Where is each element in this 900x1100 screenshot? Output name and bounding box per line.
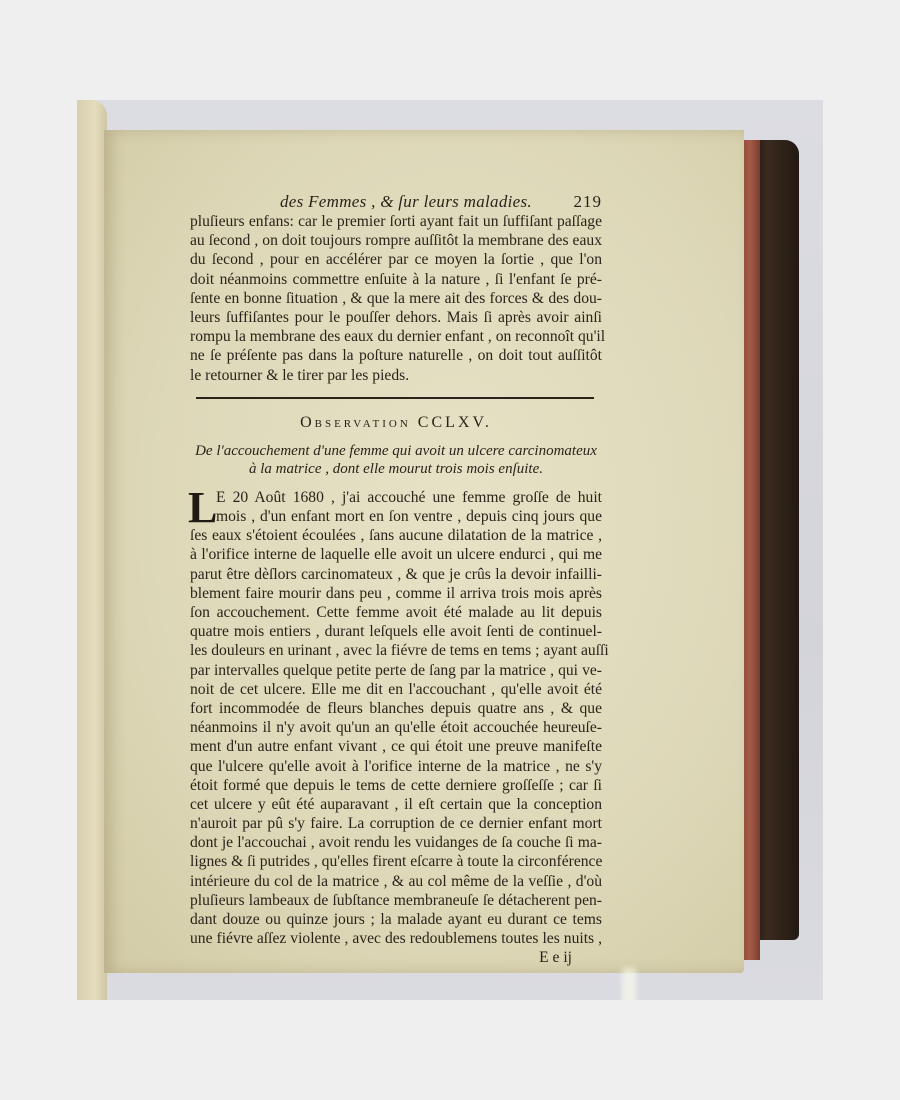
text-line: dant douze ou quinze jours ; la malade a…: [190, 910, 602, 929]
text-line: du ſecond , pour en accélérer par ce moy…: [190, 250, 602, 269]
page-number: 219: [574, 192, 603, 211]
text-line: ſon accouchement. Cette femme avoit été …: [190, 603, 602, 622]
text-line: noit de cet ulcere. Elle me dit en l'acc…: [190, 680, 602, 699]
text-line: leurs ſuffiſantes pour le pouſſer dehors…: [190, 308, 602, 327]
text-line: quatre mois entiers , durant leſquels el…: [190, 622, 602, 641]
text-line: mois , d'un enfant mort en ſon ventre , …: [190, 507, 602, 526]
subtitle-line: à la matrice , dont elle mourut trois mo…: [190, 460, 602, 478]
drop-cap: L: [188, 490, 217, 526]
text-line: cet ulcere y eût été auparavant , il eſt…: [190, 795, 602, 814]
running-head-title: des Femmes , & ſur leurs maladies.: [280, 192, 532, 211]
text-line: pluſieurs enfans: car le premier ſorti a…: [190, 212, 602, 231]
text-line: ment d'un autre enfant vivant , ce qui é…: [190, 737, 602, 756]
text-line: intérieure du col de la matrice , & au c…: [190, 872, 602, 891]
observation-subtitle: De l'accouchement d'une femme qui avoit …: [190, 442, 602, 478]
text-line: ſente en bonne ſituation , & que la mere…: [190, 289, 602, 308]
running-head: des Femmes , & ſur leurs maladies. 219: [190, 192, 602, 212]
section-rule: [196, 397, 594, 399]
continued-paragraph: pluſieurs enfans: car le premier ſorti a…: [190, 212, 602, 385]
text-line: n'auroit par pû s'y faire. La corruption…: [190, 814, 602, 833]
observation-title: Observation CCLXV.: [190, 413, 602, 432]
text-line: fort incommodée de fleurs blanches depui…: [190, 699, 602, 718]
signature-mark: E e ij: [190, 948, 602, 967]
text-line: lignes & ſi putrides , qu'elles firent e…: [190, 852, 602, 871]
text-line: au ſecond , on doit toujours rompre auſſ…: [190, 231, 602, 250]
text-line: dont je l'accouchai , avoit rendu les vu…: [190, 833, 602, 852]
page-text: des Femmes , & ſur leurs maladies. 219 p…: [190, 192, 602, 968]
text-line: rompu la membrane des eaux du dernier en…: [190, 327, 602, 346]
text-line: E 20 Août 1680 , j'ai accouché une femme…: [190, 488, 602, 507]
text-line: parut être dèſlors carcinomateux , & que…: [190, 565, 602, 584]
text-line: doit néanmoins commettre enſuite à la na…: [190, 270, 602, 289]
text-line: blement faire mourir dans peu , comme il…: [190, 584, 602, 603]
text-line: étoit formé que depuis le tems de cette …: [190, 776, 602, 795]
light-glare: [622, 968, 636, 1000]
text-line: que l'ulcere qu'elle avoit à l'orifice i…: [190, 757, 602, 776]
text-line: ne ſe préſente pas dans la poſture natur…: [190, 346, 602, 365]
text-line: à l'orifice interne de laquelle elle avo…: [190, 545, 602, 564]
text-line: le retourner & le tirer par les pieds.: [190, 366, 602, 385]
text-line: une fiévre aſſez violente , avec des red…: [190, 929, 602, 948]
text-line: par intervalles quelque petite perte de …: [190, 661, 602, 680]
subtitle-line: De l'accouchement d'une femme qui avoit …: [190, 442, 602, 460]
facing-page-edge: [77, 100, 107, 1000]
text-line: néanmoins il n'y avoit qu'un an qu'elle …: [190, 718, 602, 737]
book-photograph: des Femmes , & ſur leurs maladies. 219 p…: [77, 100, 823, 1000]
text-line: pluſieurs lambeaux de ſubſtance membrane…: [190, 891, 602, 910]
observation-body: L E 20 Août 1680 , j'ai accouché une fem…: [190, 488, 602, 949]
text-line: les douleurs en urinant , avec la fiévre…: [190, 641, 602, 660]
text-line: ſes eaux s'étoient écoulées , ſans aucun…: [190, 526, 602, 545]
